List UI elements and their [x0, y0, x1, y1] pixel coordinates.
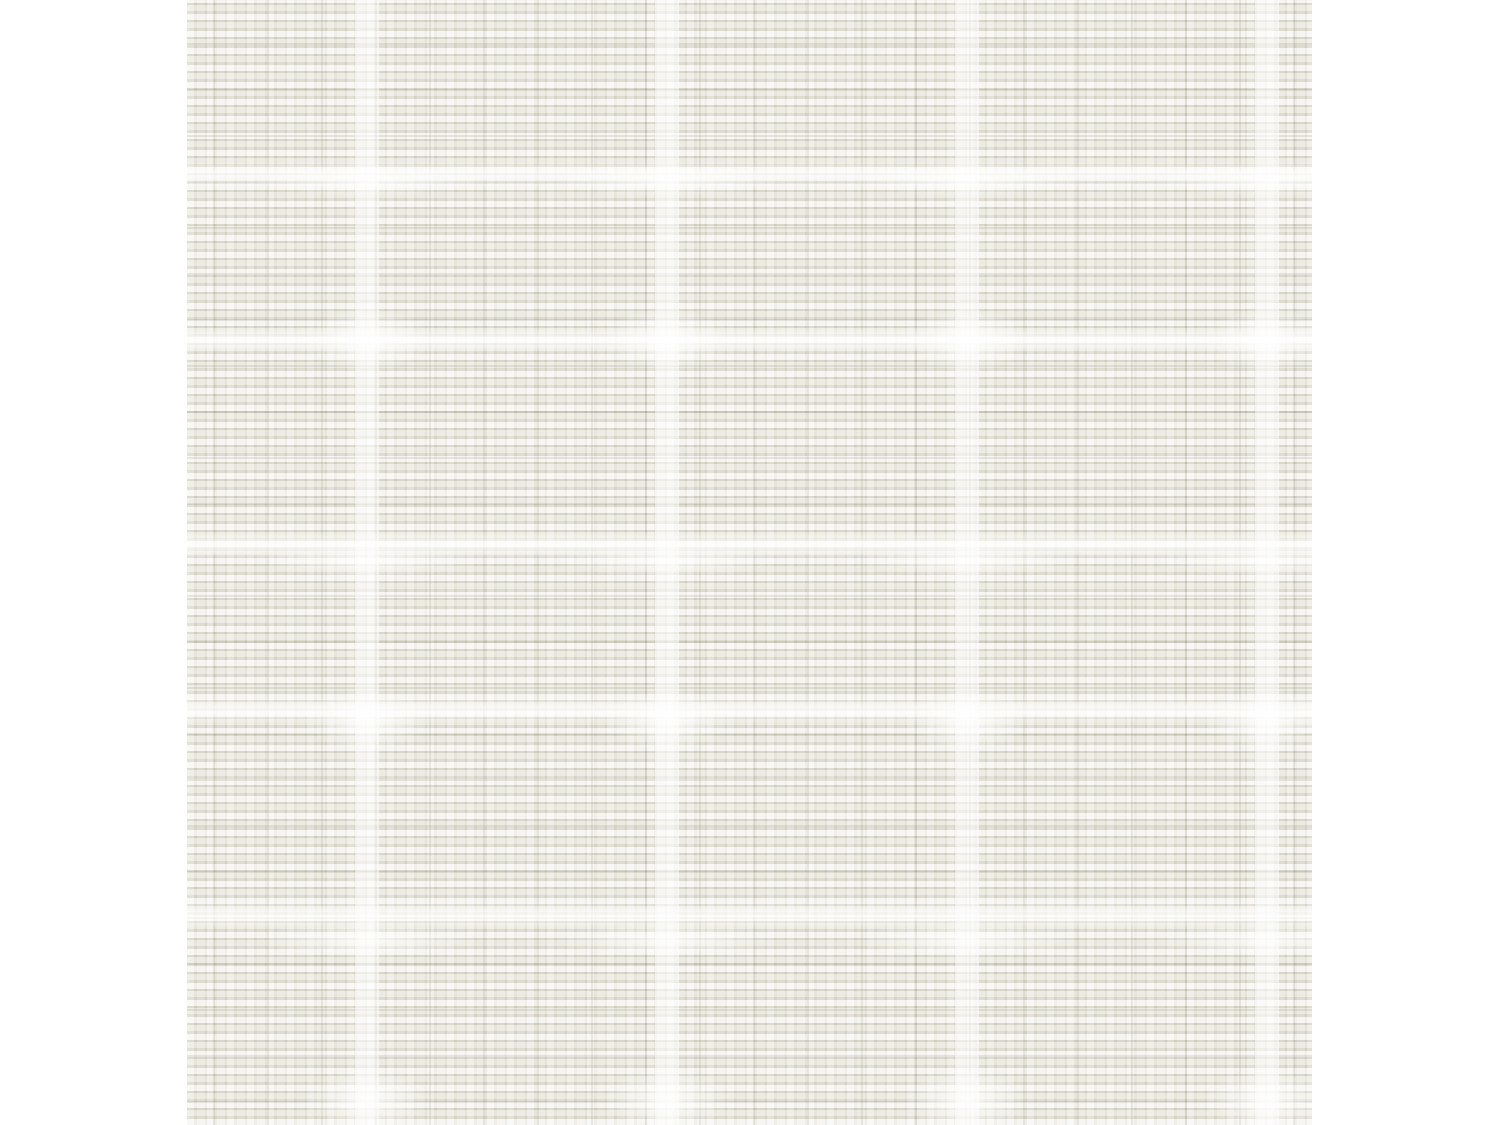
- light-stripe: [187, 532, 1312, 558]
- light-stripe: [187, 327, 1312, 353]
- light-stripe: [187, 902, 1312, 928]
- light-stripe: [187, 162, 1312, 188]
- fabric-swatch: [187, 0, 1312, 1125]
- light-stripe: [187, 697, 1312, 723]
